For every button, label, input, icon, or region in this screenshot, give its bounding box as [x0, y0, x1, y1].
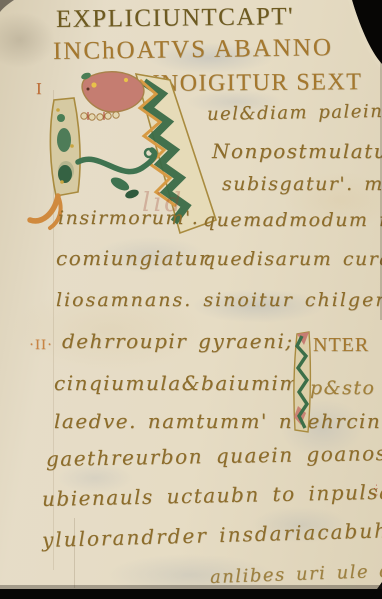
- manuscript-photo: EXPLICIUNTCAPT' INChOATVS ABANNO NNOIGIT…: [0, 0, 382, 599]
- photo-edge: [0, 0, 382, 599]
